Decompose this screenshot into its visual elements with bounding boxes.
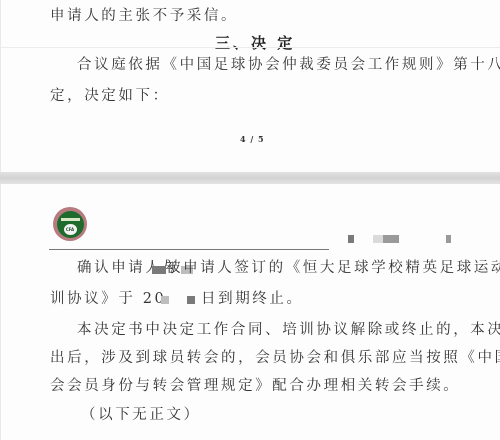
closing-note: （以下无正文） [81,403,201,424]
redaction-block [373,235,383,243]
redaction-block [187,296,195,304]
section-heading: 三、决 定 [215,32,295,53]
page-number: 4 / 5 [240,134,265,144]
text-line: 训协议》于 20 [50,287,166,308]
redaction-block [348,235,354,243]
cfa-logo-label: CFA [64,224,77,235]
page-separator [0,172,500,184]
document-page-5: CFA 确认申请人与 被申请人签订的《恒大足球学校精英足球运动员培 训协议》于 … [0,184,500,440]
scan-fold-line [1,47,500,48]
redaction-block [152,266,166,274]
cfa-logo-icon: CFA [53,207,87,241]
text-line: 被申请人签订的《恒大足球学校精英足球运动员培 [166,256,500,277]
text-line: 本决定书中决定工作合同、培训协议解除或终止的，本决定书作 [77,318,500,339]
text-line: 日到期终止。 [201,287,304,308]
text-line: 申请人的主张不予采信。 [50,4,238,25]
document-page-4: 申请人的主张不予采信。 三、决 定 合议庭依据《中国足球协会仲裁委员会工作规则》… [0,0,500,172]
header-rule [49,249,329,250]
redaction-block [383,235,399,243]
redaction-block [161,296,169,304]
text-line: 出后，涉及到球员转会的，会员协会和俱乐部应当按照《中国足球协 [50,346,500,367]
text-line: 会会员身份与转会管理规定》配合办理相关转会手续。 [50,374,460,395]
text-line: 定，决定如下： [50,84,170,105]
redaction-block [446,235,451,243]
text-line: 合议庭依据《中国足球协会仲裁委员会工作规则》第十八条之规 [77,53,500,74]
